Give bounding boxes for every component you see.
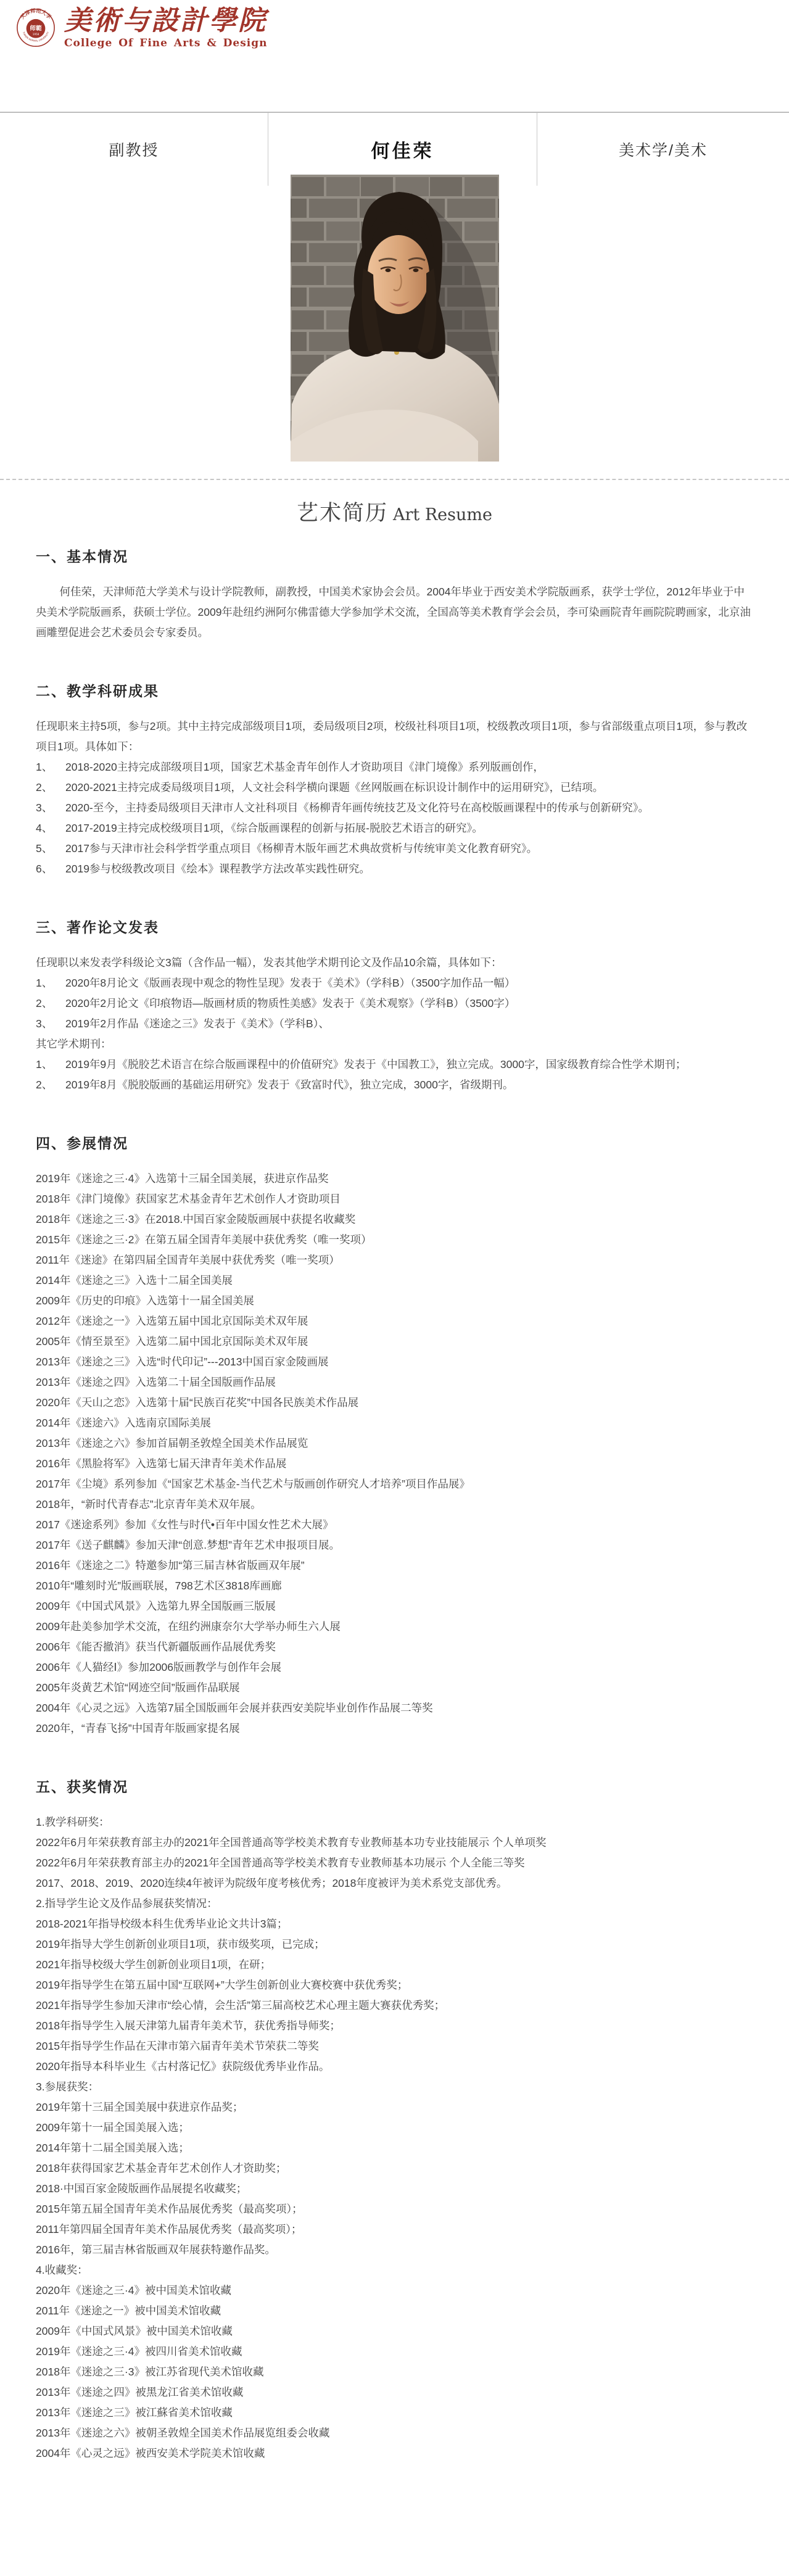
award-item: 2015年指导学生作品在天津市第六届青年美术节荣获二等奖 bbox=[36, 2036, 753, 2056]
portrait-photo-illustration bbox=[291, 175, 499, 462]
award-group-label: 2.指导学生论文及作品参展获奖情况： bbox=[36, 1894, 753, 1914]
award-item: 2018年《迷途之三·3》被江苏省现代美术馆收藏 bbox=[36, 2362, 753, 2382]
exhibition-item: 2020年，“青春飞扬”中国青年版画家提名展 bbox=[36, 1718, 753, 1739]
exhibition-item: 2006年《人猫经Ⅰ》参加2006版画教学与创作年会展 bbox=[36, 1657, 753, 1678]
professional-rank: 副教授 bbox=[109, 138, 159, 160]
award-list: 2018-2021年指导校级本科生优秀毕业论文共计3篇；2019年指导大学生创新… bbox=[36, 1914, 753, 2077]
award-group-teaching: 1.教学科研奖： 2022年6月年荣获教育部主办的2021年全国普通高等学校美术… bbox=[36, 1812, 753, 1894]
award-item: 2013年《迷途之六》被朝圣敦煌全国美术作品展览组委会收藏 bbox=[36, 2423, 753, 2443]
resume-page: 天津师范大学 TIANJIN NORMAL UNIVERSITY 师範 1958… bbox=[0, 0, 789, 2576]
project-item: 2020-至今，主持委局级项目天津市人文社科项目《杨柳青年画传统技艺及文化符号在… bbox=[36, 798, 753, 818]
award-item: 2013年《迷途之四》被黑龙江省美术馆收藏 bbox=[36, 2382, 753, 2403]
award-item: 2019年《迷途之三·4》被四川省美术馆收藏 bbox=[36, 2342, 753, 2362]
exhibition-item: 2018年，“新时代青春志”北京青年美术双年展。 bbox=[36, 1494, 753, 1515]
exhibition-item: 2014年《迷途六》入选南京国际美展 bbox=[36, 1413, 753, 1433]
award-item: 2013年《迷途之三》被江蘇省美术馆收藏 bbox=[36, 2403, 753, 2423]
exhibition-item: 2009年赴美参加学术交流，在纽约洲康奈尔大学举办师生六人展 bbox=[36, 1617, 753, 1637]
exhibition-item: 2011年《迷途》在第四届全国青年美展中获优秀奖（唯一奖项） bbox=[36, 1250, 753, 1270]
award-item: 2009年第十一届全国美展入选； bbox=[36, 2118, 753, 2138]
exhibition-item: 2013年《迷途之四》入选第二十届全国版画作品展 bbox=[36, 1372, 753, 1393]
award-item: 2019年第十三届全国美展中获进京作品奖； bbox=[36, 2097, 753, 2118]
college-name-en: College Of Fine Arts & Design bbox=[64, 37, 267, 49]
page-title-zh: 艺术简历 bbox=[297, 501, 388, 525]
award-item: 2009年《中国式风景》被中国美术馆收藏 bbox=[36, 2321, 753, 2342]
portrait-photo bbox=[291, 175, 499, 462]
exhibition-item: 2006年《能否撤消》获当代新疆版画作品展优秀奖 bbox=[36, 1637, 753, 1657]
award-item: 2004年《心灵之远》被西安美术学院美术馆收藏 bbox=[36, 2443, 753, 2464]
award-item: 2022年6月年荣获教育部主办的2021年全国普通高等学校美术教育专业教师基本功… bbox=[36, 1853, 753, 1873]
award-group-student-guidance: 2.指导学生论文及作品参展获奖情况： 2018-2021年指导校级本科生优秀毕业… bbox=[36, 1894, 753, 2077]
exhibition-item: 2005年《情至景至》入选第二届中国北京国际美术双年展 bbox=[36, 1331, 753, 1352]
exhibition-item: 2005年炎黄艺术馆“网迹空间”版画作品联展 bbox=[36, 1678, 753, 1698]
award-item: 2021年指导校级大学生创新创业项目1项，在研； bbox=[36, 1955, 753, 1975]
award-item: 2018年获得国家艺术基金青年艺术创作人才资助奖； bbox=[36, 2158, 753, 2179]
exhibition-item: 2013年《迷途之六》参加首届朝圣敦煌全国美术作品展览 bbox=[36, 1433, 753, 1454]
project-item: 2017参与天津市社会科学哲学重点项目《杨柳青木版年画艺术典故赏析与传统审美文化… bbox=[36, 839, 753, 859]
resume-content: 一、基本情况 何佳荣，天津师范大学美术与设计学院教师，副教授，中国美术家协会会员… bbox=[0, 547, 789, 2544]
exhibition-item: 2018年《津门境像》获国家艺术基金青年艺术创作人才资助项目 bbox=[36, 1189, 753, 1209]
award-list: 2019年第十三届全国美展中获进京作品奖；2009年第十一届全国美展入选；201… bbox=[36, 2097, 753, 2260]
award-item: 2022年6月年荣获教育部主办的2021年全国普通高等学校美术教育专业教师基本功… bbox=[36, 1833, 753, 1853]
other-journals-label: 其它学术期刊： bbox=[36, 1034, 753, 1054]
project-item: 2020-2021主持完成委局级项目1项，人文社会科学横向课题《丝网版画在标识设… bbox=[36, 777, 753, 798]
exhibition-item: 2009年《中国式风景》入选第九界全国版画三版展 bbox=[36, 1596, 753, 1617]
college-header: 天津师范大学 TIANJIN NORMAL UNIVERSITY 师範 1958… bbox=[0, 0, 789, 113]
award-item: 2019年指导学生在第五届中国“互联网+”大学生创新创业大赛校赛中获优秀奖； bbox=[36, 1975, 753, 1995]
award-item: 2020年《迷途之三·4》被中国美术馆收藏 bbox=[36, 2280, 753, 2301]
profile-rank-cell: 副教授 bbox=[0, 113, 268, 186]
publication-item: 2019年2月作品《迷途之三》发表于《美术》（学科B）、 bbox=[36, 1014, 753, 1034]
section-heading-awards: 五、获奖情况 bbox=[36, 1777, 753, 1797]
section-heading-teaching: 二、教学科研成果 bbox=[36, 681, 753, 702]
award-item: 2011年《迷途之一》被中国美术馆收藏 bbox=[36, 2301, 753, 2321]
award-group-label: 1.教学科研奖： bbox=[36, 1812, 753, 1833]
award-group-label: 4.收藏奖： bbox=[36, 2260, 753, 2280]
exhibition-item: 2013年《迷途之三》入选“时代印记”---2013中国百家金陵画展 bbox=[36, 1352, 753, 1372]
exhibition-list: 2019年《迷途之三·4》入选第十三届全国美展，获进京作品奖2018年《津门境像… bbox=[36, 1169, 753, 1739]
award-item: 2019年指导大学生创新创业项目1项，获市级奖项，已完成； bbox=[36, 1934, 753, 1955]
university-seal-icon: 天津师范大学 TIANJIN NORMAL UNIVERSITY 师範 1958 bbox=[16, 8, 56, 48]
award-item: 2018-2021年指导校级本科生优秀毕业论文共计3篇； bbox=[36, 1914, 753, 1934]
page-title: 艺术简历Art Resume bbox=[0, 496, 789, 527]
exhibition-item: 2014年《迷途之三》入选十二届全国美展 bbox=[36, 1270, 753, 1291]
college-logo: 天津师范大学 TIANJIN NORMAL UNIVERSITY 师範 1958… bbox=[16, 6, 789, 49]
award-list: 2020年《迷途之三·4》被中国美术馆收藏2011年《迷途之一》被中国美术馆收藏… bbox=[36, 2280, 753, 2464]
section-heading-publications: 三、著作论文发表 bbox=[36, 917, 753, 938]
project-item: 2017-2019主持完成校级项目1项，《综合版画课程的创新与拓展-脱胶艺术语言… bbox=[36, 818, 753, 839]
other-journal-item: 2019年8月《脱胶版画的基础运用研究》发表于《致富时代》，独立完成，3000字… bbox=[36, 1075, 753, 1095]
publications-intro: 任现职以来发表学科级论文3篇（含作品一幅），发表其他学术期刊论文及作品10余篇，… bbox=[36, 953, 753, 973]
exhibition-item: 2017年《尘境》系列参加《“国家艺术基金-当代艺术与版画创作研究人才培养”项目… bbox=[36, 1474, 753, 1494]
exhibition-item: 2016年《迷途之二》特邀参加“第三届吉林省版画双年展” bbox=[36, 1555, 753, 1576]
teaching-intro: 任现职来主持5项，参与2项。其中主持完成部级项目1项，委局级项目2项，校级社科项… bbox=[36, 716, 753, 757]
exhibition-item: 2017《迷途系列》参加《女性与时代•百年中国女性艺术大展》 bbox=[36, 1515, 753, 1535]
award-item: 2015年第五届全国青年美术作品展优秀奖（最高奖项）； bbox=[36, 2199, 753, 2219]
award-group-collections: 4.收藏奖： 2020年《迷途之三·4》被中国美术馆收藏2011年《迷途之一》被… bbox=[36, 2260, 753, 2464]
award-item: 2018年指导学生入展天津第九届青年美术节，获优秀指导师奖； bbox=[36, 2016, 753, 2036]
teaching-project-list: 2018-2020主持完成部级项目1项，国家艺术基金青年创作人才资助项目《津门境… bbox=[36, 757, 753, 879]
exhibition-item: 2012年《迷途之一》入选第五届中国北京国际美术双年展 bbox=[36, 1311, 753, 1331]
award-group-exhibition-awards: 3.参展获奖： 2019年第十三届全国美展中获进京作品奖；2009年第十一届全国… bbox=[36, 2077, 753, 2260]
section-heading-exhibitions: 四、参展情况 bbox=[36, 1133, 753, 1154]
exhibition-item: 2010年“雕刻时光”版画联展，798艺术区3818库画廊 bbox=[36, 1576, 753, 1596]
person-name: 何佳荣 bbox=[371, 136, 434, 163]
exhibition-item: 2015年《迷途之三·2》在第五届全国青年美展中获优秀奖（唯一奖项） bbox=[36, 1230, 753, 1250]
discipline: 美术学/美术 bbox=[619, 138, 708, 160]
award-item: 2018·中国百家金陵版画作品展提名收藏奖； bbox=[36, 2179, 753, 2199]
award-item: 2014年第十二届全国美展入选； bbox=[36, 2138, 753, 2158]
project-item: 2019参与校级教改项目《绘本》课程教学方法改革实践性研究。 bbox=[36, 859, 753, 879]
exhibition-item: 2020年《天山之恋》入选第十届“民族百花奖”中国各民族美术作品展 bbox=[36, 1393, 753, 1413]
exhibition-item: 2004年《心灵之远》入选第7届全国版画年会展并获西安美院毕业创作作品展二等奖 bbox=[36, 1698, 753, 1718]
basic-info-paragraph: 何佳荣，天津师范大学美术与设计学院教师，副教授，中国美术家协会会员。2004年毕… bbox=[36, 582, 753, 643]
award-item: 2020年指导本科毕业生《古村落记忆》获院级优秀毕业作品。 bbox=[36, 2056, 753, 2077]
svg-text:1958: 1958 bbox=[33, 33, 39, 36]
publication-list: 2020年8月论文《版画表现中观念的物性呈现》发表于《美术》（学科B）（3500… bbox=[36, 973, 753, 1034]
award-item: 2016年，第三届吉林省版画双年展获特邀作品奖。 bbox=[36, 2240, 753, 2260]
award-group-label: 3.参展获奖： bbox=[36, 2077, 753, 2097]
exhibition-item: 2018年《迷途之三·3》在2018.中国百家金陵版画展中获提名收藏奖 bbox=[36, 1209, 753, 1230]
publication-item: 2020年8月论文《版画表现中观念的物性呈现》发表于《美术》（学科B）（3500… bbox=[36, 973, 753, 993]
svg-text:师範: 师範 bbox=[30, 25, 42, 32]
college-name-zh: 美術与設計學院 bbox=[64, 6, 267, 36]
exhibition-item: 2016年《黑脸将军》入选第七届天津青年美术作品展 bbox=[36, 1454, 753, 1474]
award-item: 2017、2018、2019、2020连续4年被评为院级年度考核优秀；2018年… bbox=[36, 1873, 753, 1894]
award-item: 2021年指导学生参加天津市“绘心情，会生活”第三届高校艺术心理主题大赛获优秀奖… bbox=[36, 1995, 753, 2016]
other-journal-item: 2019年9月《脱胶艺术语言在综合版画课程中的价值研究》发表于《中国教工》，独立… bbox=[36, 1054, 753, 1075]
section-divider bbox=[0, 479, 789, 480]
exhibition-item: 2017年《送子麒麟》参加天津“创意.梦想”青年艺术申报项目展。 bbox=[36, 1535, 753, 1555]
section-heading-basic: 一、基本情况 bbox=[36, 547, 753, 567]
page-title-en: Art Resume bbox=[393, 505, 492, 524]
other-journal-list: 2019年9月《脱胶艺术语言在综合版画课程中的价值研究》发表于《中国教工》，独立… bbox=[36, 1054, 753, 1095]
college-name: 美術与設計學院 College Of Fine Arts & Design bbox=[64, 6, 267, 49]
profile-discipline-cell: 美术学/美术 bbox=[537, 113, 789, 186]
publication-item: 2020年2月论文《印痕物语—版画材质的物质性美感》发表于《美术观察》（学科B）… bbox=[36, 993, 753, 1014]
award-item: 2011年第四届全国青年美术作品展优秀奖（最高奖项）； bbox=[36, 2219, 753, 2240]
project-item: 2018-2020主持完成部级项目1项，国家艺术基金青年创作人才资助项目《津门境… bbox=[36, 757, 753, 777]
award-list: 2022年6月年荣获教育部主办的2021年全国普通高等学校美术教育专业教师基本功… bbox=[36, 1833, 753, 1894]
exhibition-item: 2009年《历史的印痕》入选第十一届全国美展 bbox=[36, 1291, 753, 1311]
exhibition-item: 2019年《迷途之三·4》入选第十三届全国美展，获进京作品奖 bbox=[36, 1169, 753, 1189]
